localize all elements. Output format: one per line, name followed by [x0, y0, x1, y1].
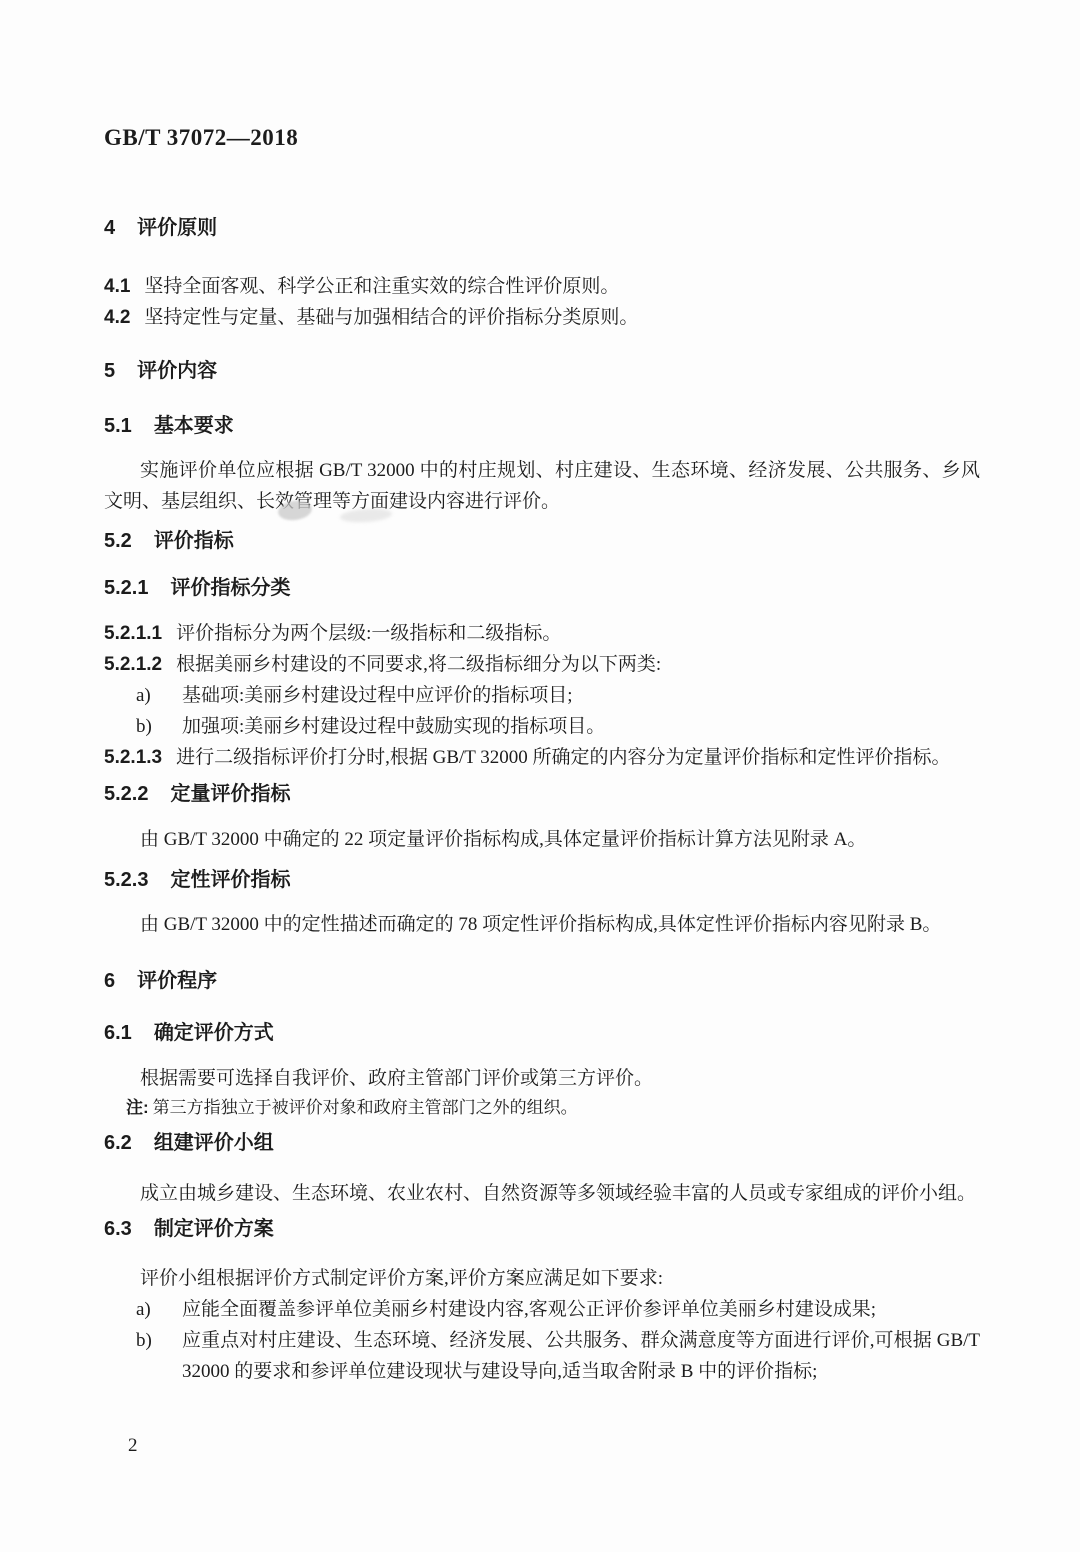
note-text: 第三方指独立于被评价对象和政府主管部门之外的组织。 [153, 1098, 578, 1117]
list-item-b-label: b) [136, 1325, 182, 1387]
clause-5-1-paragraph: 实施评价单位应根据 GB/T 32000 中的村庄规划、村庄建设、生态环境、经济… [104, 455, 980, 517]
clause-6-1-paragraph: 根据需要可选择自我评价、政府主管部门评价或第三方评价。 [104, 1063, 980, 1094]
list-item-a-text: 应能全面覆盖参评单位美丽乡村建设内容,客观公正评价参评单位美丽乡村建设成果; [182, 1294, 980, 1325]
page-content: GB/T 37072—2018 4评价原则 4.1坚持全面客观、科学公正和注重实… [0, 0, 1080, 1387]
clause-4-title: 评价原则 [137, 217, 217, 239]
list-item-b-5212: b) 加强项:美丽乡村建设过程中鼓励实现的指标项目。 [104, 711, 980, 742]
list-item-a-label: a) [136, 1294, 182, 1325]
clause-5-1-title: 基本要求 [154, 415, 234, 437]
standard-number-header: GB/T 37072—2018 [104, 125, 980, 151]
clause-6-number: 6 [104, 970, 115, 992]
clause-5-2-1-title: 评价指标分类 [170, 577, 290, 599]
clause-6-3-heading: 6.3制定评价方案 [104, 1216, 980, 1242]
clause-6-3-title: 制定评价方案 [154, 1218, 274, 1240]
list-item-b-text: 加强项:美丽乡村建设过程中鼓励实现的指标项目。 [182, 711, 980, 742]
clause-6-2-heading: 6.2组建评价小组 [104, 1130, 980, 1156]
clause-6-heading: 6评价程序 [104, 968, 980, 994]
list-item-a-63: a) 应能全面覆盖参评单位美丽乡村建设内容,客观公正评价参评单位美丽乡村建设成果… [104, 1294, 980, 1325]
list-item-b-text: 应重点对村庄建设、生态环境、经济发展、公共服务、群众满意度等方面进行评价,可根据… [182, 1325, 980, 1387]
clause-5-2-2-heading: 5.2.2定量评价指标 [104, 781, 980, 807]
list-item-b-63: b) 应重点对村庄建设、生态环境、经济发展、公共服务、群众满意度等方面进行评价,… [104, 1325, 980, 1387]
clause-5-2-number: 5.2 [104, 530, 132, 552]
clause-5-heading: 5评价内容 [104, 358, 980, 384]
clause-5-1-heading: 5.1基本要求 [104, 413, 980, 439]
clause-4-2-number: 4.2 [104, 307, 130, 328]
clause-5-number: 5 [104, 360, 115, 382]
page-number: 2 [128, 1430, 138, 1461]
clause-4-2-text: 坚持定性与定量、基础与加强相结合的评价指标分类原则。 [144, 307, 638, 328]
clause-5-2-1-3: 5.2.1.3进行二级指标评价打分时,根据 GB/T 32000 所确定的内容分… [104, 742, 980, 773]
document-page: GB/T 37072—2018 4评价原则 4.1坚持全面客观、科学公正和注重实… [0, 0, 1080, 1552]
clause-5-2-1-3-text: 进行二级指标评价打分时,根据 GB/T 32000 所确定的内容分为定量评价指标… [176, 747, 950, 768]
clause-5-2-1-number: 5.2.1 [104, 577, 148, 599]
clause-5-2-1-2: 5.2.1.2根据美丽乡村建设的不同要求,将二级指标细分为以下两类: [104, 649, 980, 680]
clause-6-1-title: 确定评价方式 [154, 1022, 274, 1044]
note-label: 注: [126, 1098, 149, 1117]
clause-6-1-heading: 6.1确定评价方式 [104, 1020, 980, 1046]
clause-5-2-3-title: 定性评价指标 [170, 869, 290, 891]
clause-6-3-paragraph: 评价小组根据评价方式制定评价方案,评价方案应满足如下要求: [104, 1263, 980, 1294]
clause-5-2-3-number: 5.2.3 [104, 869, 148, 891]
clause-5-2-3-paragraph: 由 GB/T 32000 中的定性描述而确定的 78 项定性评价指标构成,具体定… [104, 909, 980, 940]
clause-6-1-note: 注:第三方指独立于被评价对象和政府主管部门之外的组织。 [126, 1094, 980, 1122]
clause-5-2-title: 评价指标 [154, 530, 234, 552]
clause-6-2-title: 组建评价小组 [154, 1132, 274, 1154]
clause-6-title: 评价程序 [137, 970, 217, 992]
clause-4-1: 4.1坚持全面客观、科学公正和注重实效的综合性评价原则。 [104, 271, 980, 302]
clause-5-2-1-2-number: 5.2.1.2 [104, 654, 162, 675]
clause-4-1-number: 4.1 [104, 276, 130, 297]
list-item-b-label: b) [136, 711, 182, 742]
clause-5-title: 评价内容 [137, 360, 217, 382]
clause-5-2-1-1-number: 5.2.1.1 [104, 623, 162, 644]
clause-5-2-3-heading: 5.2.3定性评价指标 [104, 867, 980, 893]
list-item-a-5212: a) 基础项:美丽乡村建设过程中应评价的指标项目; [104, 680, 980, 711]
clause-4-1-text: 坚持全面客观、科学公正和注重实效的综合性评价原则。 [144, 276, 619, 297]
clause-5-1-number: 5.1 [104, 415, 132, 437]
clause-5-2-2-paragraph: 由 GB/T 32000 中确定的 22 项定量评价指标构成,具体定量评价指标计… [104, 824, 980, 855]
clause-5-2-2-title: 定量评价指标 [170, 783, 290, 805]
clause-6-2-number: 6.2 [104, 1132, 132, 1154]
clause-5-2-1-1-text: 评价指标分为两个层级:一级指标和二级指标。 [176, 623, 561, 644]
clause-5-2-2-number: 5.2.2 [104, 783, 148, 805]
clause-6-2-paragraph: 成立由城乡建设、生态环境、农业农村、自然资源等多领域经验丰富的人员或专家组成的评… [104, 1178, 980, 1209]
list-item-a-label: a) [136, 680, 182, 711]
clause-5-2-1-heading: 5.2.1评价指标分类 [104, 575, 980, 601]
clause-4-heading: 4评价原则 [104, 215, 980, 241]
list-item-a-text: 基础项:美丽乡村建设过程中应评价的指标项目; [182, 680, 980, 711]
clause-4-2: 4.2坚持定性与定量、基础与加强相结合的评价指标分类原则。 [104, 302, 980, 333]
clause-5-2-heading: 5.2评价指标 [104, 528, 980, 554]
clause-5-2-1-2-text: 根据美丽乡村建设的不同要求,将二级指标细分为以下两类: [176, 654, 661, 675]
clause-4-number: 4 [104, 217, 115, 239]
clause-5-2-1-1: 5.2.1.1评价指标分为两个层级:一级指标和二级指标。 [104, 618, 980, 649]
clause-5-2-1-3-number: 5.2.1.3 [104, 747, 162, 768]
clause-6-1-number: 6.1 [104, 1022, 132, 1044]
clause-6-3-number: 6.3 [104, 1218, 132, 1240]
